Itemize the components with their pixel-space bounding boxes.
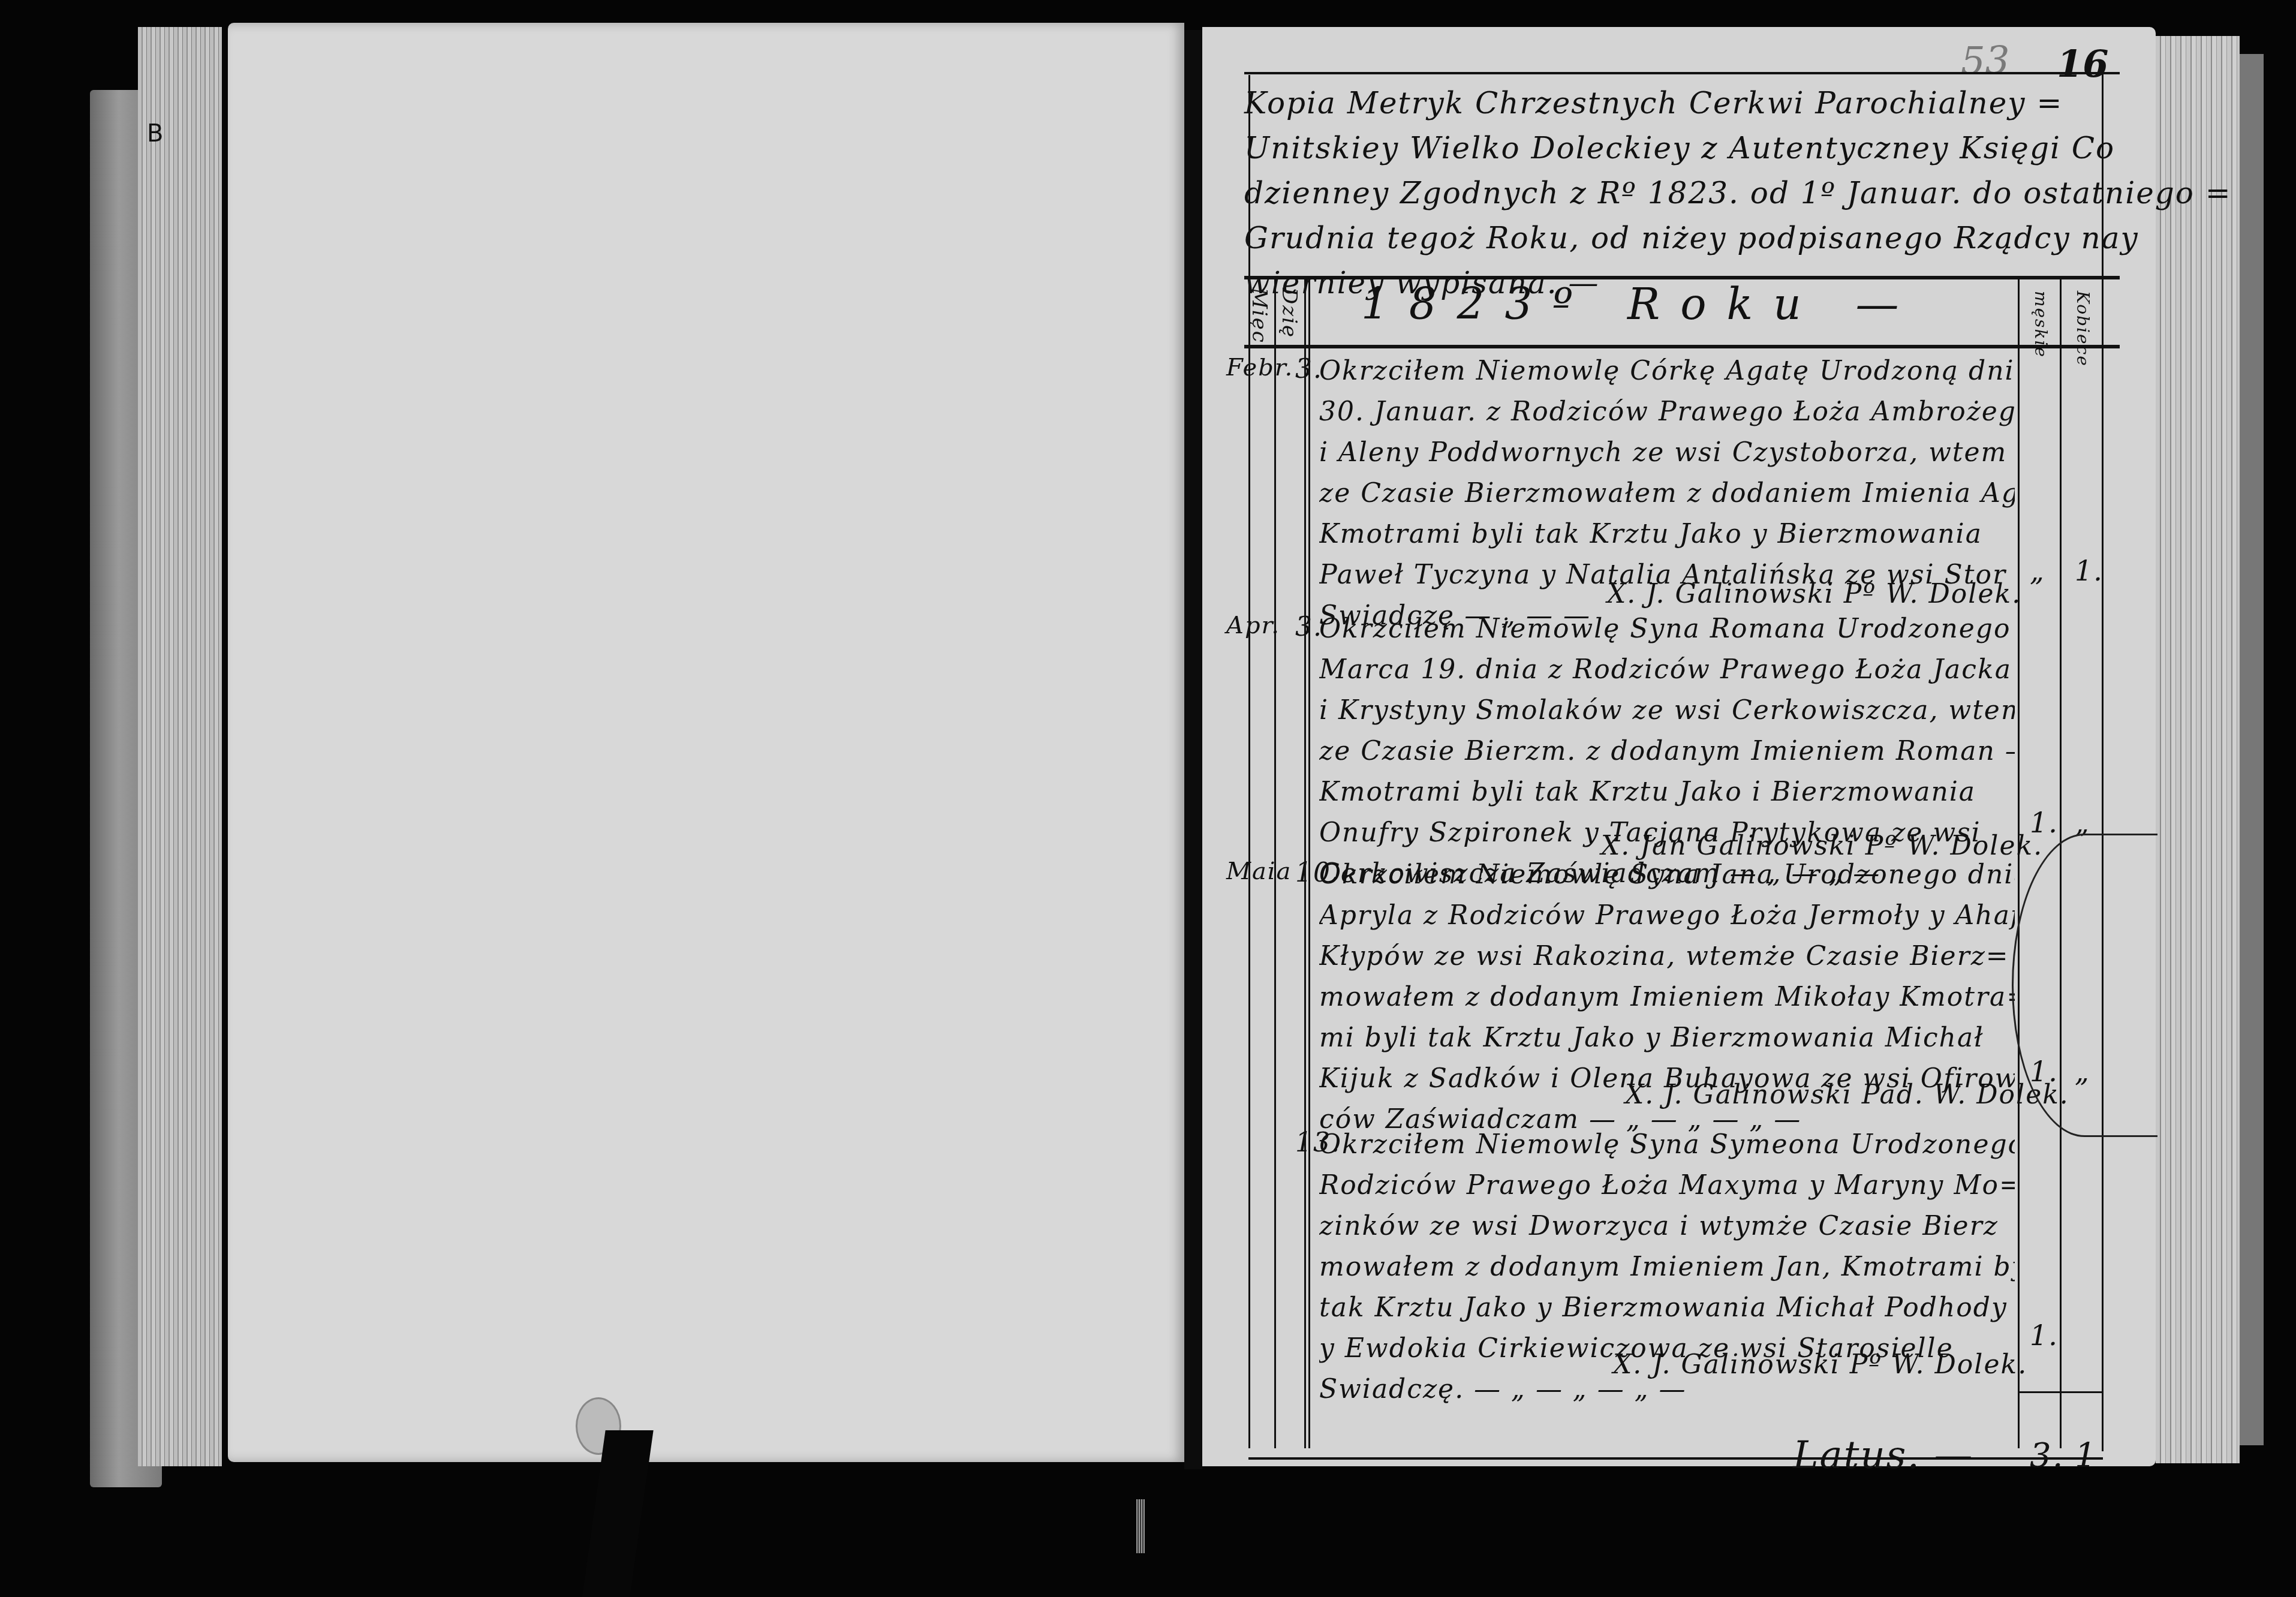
entry-line: Rodziców Prawego Łoża Maxyma y Maryny Mo… <box>1319 1165 2015 1206</box>
entry-line: i Krystyny Smolaków ze wsi Cerkowiszcza,… <box>1319 690 2015 731</box>
rule-col-male <box>2018 279 2020 1448</box>
rule-total <box>2018 1391 2102 1393</box>
register-heading: Kopia Metryk Chrzestnych Cerkwi Parochia… <box>1244 81 2120 306</box>
entry-month: Apr. <box>1226 612 1280 639</box>
book-gutter <box>1184 30 1202 1469</box>
edge-mark: B <box>147 120 163 148</box>
page-block-edge-left <box>138 27 222 1466</box>
tally-female: 1. <box>2075 555 2104 587</box>
rule-header-bottom <box>1244 345 2120 348</box>
entry-line: Okrzciłem Niemowlę Syna Symeona Urodzone… <box>1319 1124 2015 1165</box>
heading-line: dzienney Zgodnych z Rº 1823. od 1º Janua… <box>1244 171 2120 216</box>
page-number-pencil: 53 <box>1961 39 2009 83</box>
rule-top <box>1244 72 2120 74</box>
total-female: 1 <box>2075 1436 2098 1475</box>
priest-signature: X. J. Galinowski Pad. W. Dolek. <box>1625 1079 2069 1110</box>
tally-male: „ <box>2030 555 2045 587</box>
entry-line: Okrzciłem Niemowlę Córkę Agatę Urodzoną … <box>1319 351 2015 392</box>
book-cover-right <box>2240 54 2264 1445</box>
heading-line: Kopia Metryk Chrzestnych Cerkwi Parochia… <box>1244 81 2120 126</box>
entry-line: ze Czasie Bierzmowałem z dodaniem Imieni… <box>1319 473 2015 514</box>
entry-line: mowałem z dodanym Imieniem Jan, Kmotrami… <box>1319 1247 2015 1288</box>
entry-line: i Aleny Poddwornych ze wsi Czystoborza, … <box>1319 432 2015 473</box>
entry-line: Okrzciłem Niemowlę Syna Jana Urodzonego … <box>1319 855 2015 895</box>
tally-male: 1. <box>2030 807 2059 839</box>
column-header-female: Kobiece <box>2073 291 2093 367</box>
rule-bottom <box>1248 1457 2103 1460</box>
column-header-male: męskie <box>2031 291 2051 358</box>
entry-line: Marca 19. dnia z Rodziców Prawego Łoża J… <box>1319 649 2015 690</box>
entry-line: Okrzciłem Niemowlę Syna Romana Urodzoneg… <box>1319 609 2015 649</box>
priest-signature: X. J. Galinowski Pº W. Dolek. <box>1613 1349 2027 1380</box>
entry-month: Febr. <box>1226 354 1293 381</box>
left-page-blank <box>228 23 1184 1462</box>
priest-signature: X. J. Galinowski Pº W. Dolek. <box>1607 579 2021 609</box>
entry-line: Apryla z Rodziców Prawego Łoża Jermoły y… <box>1319 895 2015 936</box>
entry-line: Kmotrami byli tak Krztu Jako i Bierzmowa… <box>1319 772 2015 813</box>
entry-line: 30. Januar. z Rodziców Prawego Łoża Ambr… <box>1319 392 2015 432</box>
tally-male: 1. <box>2030 1319 2059 1352</box>
entry-line: zinków ze wsi Dworzyca i wtymże Czasie B… <box>1319 1206 2015 1247</box>
column-header-month: Mięc <box>1247 288 1271 344</box>
latus-total-label: Latus. — <box>1793 1433 1973 1478</box>
total-male: 3. <box>2030 1436 2064 1475</box>
page-block-edge-right <box>2156 36 2240 1463</box>
scan-background: B 53 16 Kopia Metryk Chrzestnych Cerkwi … <box>0 0 2296 1597</box>
entry-line: ze Czasie Bierzm. z dodanym Imieniem Rom… <box>1319 731 2015 772</box>
entry-line: Kłypów ze wsi Rakozina, wtemże Czasie Bi… <box>1319 936 2015 977</box>
bookmark-tassel <box>1136 1499 1145 1553</box>
column-header-year: 1823º Roku — <box>1361 279 1919 329</box>
entry-line: tak Krztu Jako y Bierzmowania Michał Pod… <box>1319 1288 2015 1328</box>
heading-line: Unitskiey Wielko Doleckiey z Autentyczne… <box>1244 126 2120 171</box>
entry-line: mi byli tak Krztu Jako y Bierzmowania Mi… <box>1319 1018 2015 1058</box>
page-number-ink: 16 <box>2057 42 2108 86</box>
entry-line: Kmotrami byli tak Krztu Jako y Bierzmowa… <box>1319 514 2015 555</box>
heading-line: Grudnia tegoż Roku, od niżey podpisanego… <box>1244 216 2120 261</box>
pencil-bracket-mark <box>2012 834 2157 1137</box>
column-header-day: Dzię <box>1277 288 1301 338</box>
entry-line: mowałem z dodanym Imieniem Mikołay Kmotr… <box>1319 977 2015 1018</box>
entry-month: Maia <box>1226 858 1292 885</box>
